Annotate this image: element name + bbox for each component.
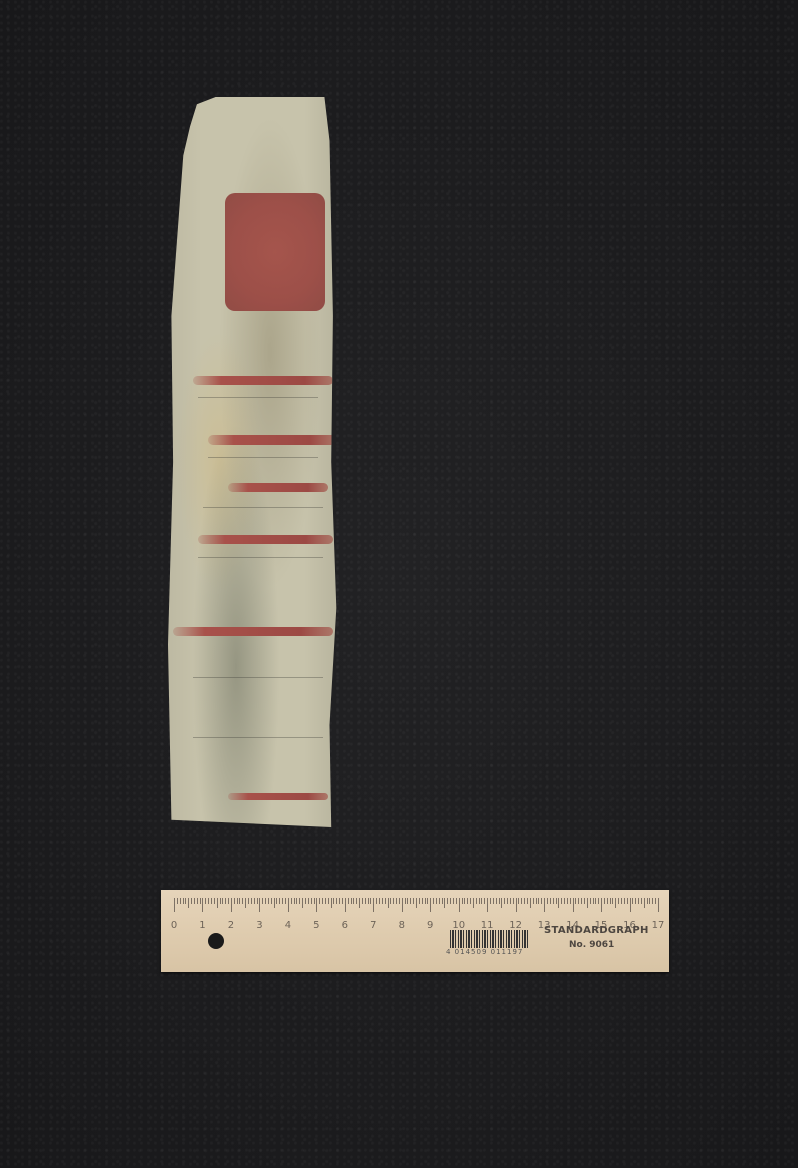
ruler-tick (621, 898, 622, 904)
ruler-tick (399, 898, 400, 904)
ruler-tick (573, 898, 574, 912)
ruler-tick (533, 898, 534, 904)
ruler-tick (570, 898, 571, 904)
ruler-tick (447, 898, 448, 904)
ruler-tick (490, 898, 491, 904)
red-band (173, 627, 333, 636)
ruler-tick (376, 898, 377, 904)
ruler-tick (231, 898, 232, 912)
ruler-tick (601, 898, 602, 912)
ruler-tick (217, 898, 218, 908)
ruler-tick (322, 898, 323, 904)
ruler-tick (205, 898, 206, 904)
ruler-tick (359, 898, 360, 908)
ruler-tick (467, 898, 468, 904)
ruler-tick (345, 898, 346, 912)
ruler-tick (237, 898, 238, 904)
ruler-tick (647, 898, 648, 904)
ruler-tick (214, 898, 215, 904)
ruler-tick (504, 898, 505, 904)
ruler-tick (641, 898, 642, 904)
ruler-tick (507, 898, 508, 904)
ruler-tick (197, 898, 198, 904)
ruler-tick (319, 898, 320, 904)
ruler-hole (208, 933, 224, 949)
ruler-tick (177, 898, 178, 904)
ruler-ticks: 01234567891011121314151617 (174, 898, 658, 918)
ruler-tick (294, 898, 295, 904)
ruler-tick (373, 898, 374, 912)
red-band (228, 483, 328, 492)
ruler-tick (222, 898, 223, 904)
ruler-tick (274, 898, 275, 908)
ruler-tick (541, 898, 542, 904)
ruler-tick (382, 898, 383, 904)
ruler-tick (496, 898, 497, 904)
ruler-tick (390, 898, 391, 904)
ruler-tick (407, 898, 408, 904)
barcode-number: 4 014509 011197 (446, 948, 523, 956)
ruler-tick (271, 898, 272, 904)
ruler-tick (342, 898, 343, 904)
ruler-tick (615, 898, 616, 908)
ruler-tick (220, 898, 221, 904)
ruler-tick (393, 898, 394, 904)
ruler-tick (595, 898, 596, 904)
photo-scene: 01234567891011121314151617 4 014509 0111… (0, 0, 798, 1168)
ruler-number: 5 (313, 920, 319, 931)
ruler-tick (658, 898, 659, 912)
ruler-tick (288, 898, 289, 912)
ruler-tick (202, 898, 203, 912)
ruler-model: No. 9061 (569, 940, 614, 950)
ruler-tick (607, 898, 608, 904)
ruler-tick (353, 898, 354, 904)
ruler-tick (558, 898, 559, 908)
ruler-tick (598, 898, 599, 904)
ruler-tick (581, 898, 582, 904)
ruler-tick (185, 898, 186, 904)
barcode (450, 930, 530, 948)
ruler-tick (282, 898, 283, 904)
ruler-tick (516, 898, 517, 912)
ruler-number: 1 (199, 920, 205, 931)
ruler-tick (564, 898, 565, 904)
ruler-tick (311, 898, 312, 904)
ruler-tick (450, 898, 451, 904)
ruler-tick (453, 898, 454, 904)
ruler-tick (259, 898, 260, 912)
ruler-tick (242, 898, 243, 904)
ruler-tick (285, 898, 286, 904)
ruler-number: 6 (342, 920, 348, 931)
ruler-tick (276, 898, 277, 904)
ruler-tick (473, 898, 474, 908)
ruler-tick (604, 898, 605, 904)
ruler-tick (180, 898, 181, 904)
ruler-tick (396, 898, 397, 904)
ruler-tick (254, 898, 255, 904)
ruler-tick (348, 898, 349, 904)
ruler-tick (305, 898, 306, 904)
ruler-number: 0 (171, 920, 177, 931)
ruler-tick (299, 898, 300, 904)
ruler-tick (279, 898, 280, 904)
ruler-tick (567, 898, 568, 904)
ruler-number: 9 (427, 920, 433, 931)
ruler-tick (470, 898, 471, 904)
ruler-tick (257, 898, 258, 904)
ruler-number: 8 (399, 920, 405, 931)
red-band (208, 435, 336, 445)
ruler-tick (183, 898, 184, 904)
ruler-tick (638, 898, 639, 904)
ruler-tick (188, 898, 189, 908)
ruler-tick (410, 898, 411, 904)
ruler-tick (316, 898, 317, 912)
ruler-tick (584, 898, 585, 904)
ruler-tick (439, 898, 440, 904)
ruler-tick (524, 898, 525, 904)
ruler-tick (487, 898, 488, 912)
ruler-tick (655, 898, 656, 904)
ruler-tick (331, 898, 332, 908)
ruler-brand: STANDARDGRAPH (544, 925, 649, 936)
ruler-tick (632, 898, 633, 904)
ruler-tick (248, 898, 249, 904)
ruler-tick (385, 898, 386, 904)
ruler-tick (245, 898, 246, 908)
faded-text-line (208, 457, 318, 458)
ruler-tick (433, 898, 434, 904)
ruler-tick (234, 898, 235, 904)
ruler-tick (268, 898, 269, 904)
ruler-tick (476, 898, 477, 904)
ruler-tick (587, 898, 588, 908)
ruler-tick (296, 898, 297, 904)
ruler-tick (308, 898, 309, 904)
ruler-tick (635, 898, 636, 904)
ruler-tick (336, 898, 337, 904)
ruler-tick (328, 898, 329, 904)
ruler-tick (652, 898, 653, 904)
red-band (228, 793, 328, 800)
ruler-tick (578, 898, 579, 904)
ruler-number: 3 (256, 920, 262, 931)
ruler-tick (302, 898, 303, 908)
ruler-tick (518, 898, 519, 904)
ruler-tick (499, 898, 500, 904)
ruler-tick (427, 898, 428, 904)
ruler-tick (228, 898, 229, 904)
ruler-tick (513, 898, 514, 904)
ruler-tick (544, 898, 545, 912)
ruler-tick (459, 898, 460, 912)
ruler-tick (590, 898, 591, 904)
ruler-tick (405, 898, 406, 904)
red-band (193, 376, 333, 385)
ruler-tick (501, 898, 502, 908)
ruler-number: 4 (285, 920, 291, 931)
ruler-tick (553, 898, 554, 904)
ruler-tick (479, 898, 480, 904)
ruler-tick (547, 898, 548, 904)
ruler-tick (425, 898, 426, 904)
ruler: 01234567891011121314151617 4 014509 0111… (161, 890, 669, 972)
ruler-tick (612, 898, 613, 904)
ruler-tick (624, 898, 625, 904)
ruler-tick (649, 898, 650, 904)
ruler-tick (481, 898, 482, 904)
ruler-tick (351, 898, 352, 904)
ruler-tick (442, 898, 443, 904)
ruler-tick (239, 898, 240, 904)
faded-text-line (193, 737, 323, 738)
ruler-tick (265, 898, 266, 904)
ruler-tick (291, 898, 292, 904)
ruler-tick (464, 898, 465, 904)
ruler-tick (493, 898, 494, 904)
ruler-tick (610, 898, 611, 904)
ruler-number: 17 (652, 920, 665, 931)
ruler-tick (462, 898, 463, 904)
ruler-tick (419, 898, 420, 904)
ruler-number: 7 (370, 920, 376, 931)
ruler-number: 2 (228, 920, 234, 931)
manuscript-fragment (168, 97, 338, 827)
ruler-tick (379, 898, 380, 904)
ruler-tick (251, 898, 252, 904)
ruler-tick (530, 898, 531, 908)
ruler-tick (339, 898, 340, 904)
ruler-tick (388, 898, 389, 908)
ruler-tick (444, 898, 445, 908)
ruler-tick (561, 898, 562, 904)
ruler-tick (521, 898, 522, 904)
ruler-tick (191, 898, 192, 904)
ruler-tick (314, 898, 315, 904)
ruler-tick (356, 898, 357, 904)
ruler-tick (618, 898, 619, 904)
faded-text-line (193, 677, 323, 678)
ruler-tick (325, 898, 326, 904)
ruler-tick (527, 898, 528, 904)
ruler-tick (430, 898, 431, 912)
faded-text-line (203, 507, 323, 508)
ruler-tick (416, 898, 417, 908)
ruler-tick (225, 898, 226, 904)
ruler-tick (194, 898, 195, 904)
ruler-tick (413, 898, 414, 904)
faded-text-line (198, 397, 318, 398)
ruler-tick (456, 898, 457, 904)
faded-text-line (198, 557, 323, 558)
ruler-tick (368, 898, 369, 904)
ruler-tick (402, 898, 403, 912)
red-band (198, 535, 333, 544)
ruler-tick (556, 898, 557, 904)
ruler-tick (627, 898, 628, 904)
ruler-tick (630, 898, 631, 912)
ruler-tick (510, 898, 511, 904)
ruler-tick (362, 898, 363, 904)
ruler-tick (211, 898, 212, 904)
ruler-tick (200, 898, 201, 904)
ruler-tick (644, 898, 645, 908)
ruler-tick (174, 898, 175, 912)
ruler-tick (593, 898, 594, 904)
ruler-tick (208, 898, 209, 904)
ruler-tick (422, 898, 423, 904)
ruler-tick (484, 898, 485, 904)
ruler-tick (538, 898, 539, 904)
ruler-tick (262, 898, 263, 904)
ruler-tick (370, 898, 371, 904)
ruler-tick (436, 898, 437, 904)
ruler-tick (333, 898, 334, 904)
ruler-tick (575, 898, 576, 904)
red-seal-patch (225, 193, 325, 311)
ruler-tick (550, 898, 551, 904)
ruler-tick (536, 898, 537, 904)
ruler-tick (365, 898, 366, 904)
